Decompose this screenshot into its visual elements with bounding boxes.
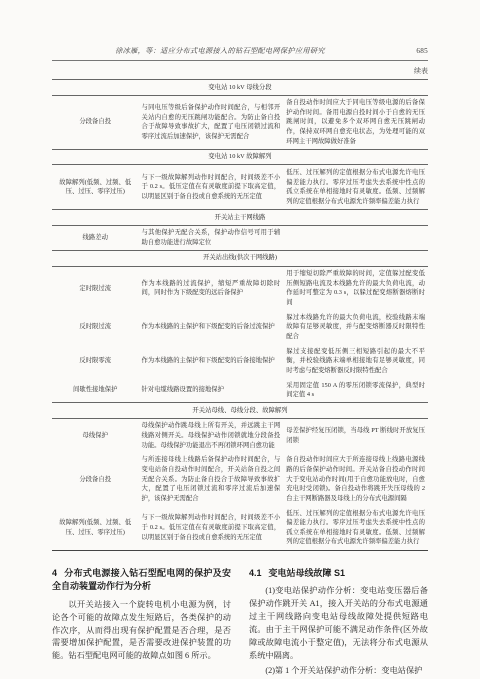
table-cell-coord: 母线保护动作跳母线上所有开关，并远跳主干网线路对侧开关。母线保护动作闭锁就地分段… — [138, 418, 283, 452]
table-cell-label: 反时限过流 — [52, 310, 138, 344]
table-row: 反时限过流作为本线路的主保护和下级配变的后备过流保护躲过本线路允许的最大负荷电流… — [52, 310, 428, 344]
table-cell-setting: 备自投动作时间应大于同电压等级电源的后备保护动作时间。备用电源自投时间小于自愈的… — [283, 95, 428, 149]
table-cell-label: 间歇性接地保护 — [52, 378, 138, 403]
table-cell-setting — [283, 225, 428, 250]
table-cell-setting: 躲过支接配变低压侧三相短路引起的最大不平衡，并校验线路末端单相接地有足够灵敏度，… — [283, 344, 428, 378]
table-cell-label: 定时限过流 — [52, 266, 138, 310]
table-section-header-row: 开关站主干网线路 — [52, 210, 428, 226]
table-section-header: 开关站主干网线路 — [52, 210, 428, 226]
right-column: 4.1变电站母线故障 S1 (1)变电站保护动作分析：变电站变压器后备保护动作跳… — [249, 567, 428, 679]
table-section-header: 开关站母线、母线分段、故障解列 — [52, 403, 428, 419]
two-column-text: 4分布式电源接入钻石型配电网的保护及安全自动装置动作行为分析 以开关站接入一个旋… — [52, 567, 428, 679]
running-head: 徐冰雁，等：适应分布式电源接入的钻石型配电网保护应用研究 685 — [52, 46, 428, 60]
header-rule — [52, 60, 428, 61]
table-section-header: 变电站 10 kV 故障解列 — [52, 149, 428, 165]
continued-table-label: 续表 — [52, 64, 428, 79]
page-number: 685 — [388, 47, 428, 55]
table-cell-label: 故障解列(低频、过频、低压、过压、零序过压) — [52, 506, 138, 550]
table-section-header: 开关站出线(供次干网线路) — [52, 250, 428, 266]
table-row: 定时限过流作为本线路的过流保护，缩短严重故障切除时间，同时作为下级配变的远后备保… — [52, 266, 428, 310]
table-cell-coord: 与同电压等级后备保护动作时间配合，与相邻开关站内自愈的无压跳闸功能配合。为防止备… — [138, 95, 283, 149]
running-head-title: 徐冰雁，等：适应分布式电源接入的钻石型配电网保护应用研究 — [52, 46, 388, 56]
table-cell-setting: 躲过本线路允许的最大负荷电流，校验线路末端故障有足够灵敏度，并与配变熔断器反时限… — [283, 310, 428, 344]
table-cell-label: 分段备自投 — [52, 453, 138, 506]
table-cell-label: 反时限零流 — [52, 344, 138, 378]
section-4-number: 4 — [52, 568, 57, 578]
table-section-header-row: 变电站 10 kV 故障解列 — [52, 149, 428, 165]
table-cell-label: 故障解列(低频、过频、低压、过压、零序过压) — [52, 165, 138, 210]
table-cell-setting: 低压、过压解列的定值根据分布式电源允许电压偏差能力执行。零序过压考虑失去系统中性… — [283, 506, 428, 550]
table-cell-setting: 低压、过压解列的定值根据分布式电源允许电压偏差能力执行。零序过压考虑失去系统中性… — [283, 165, 428, 210]
table-cell-label: 线路差动 — [52, 225, 138, 250]
table-section-header-row: 开关站出线(供次干网线路) — [52, 250, 428, 266]
table-cell-coord: 作为本线路的主保护和下级配变的后备接地保护 — [138, 344, 283, 378]
table-section-header-row: 开关站母线、母线分段、故障解列 — [52, 403, 428, 419]
table-cell-coord: 与所连接母线上线路后备保护动作时间配合，与变电站备自投动作时间配合，开关站备自投… — [138, 453, 283, 506]
section-4-title: 分布式电源接入钻石型配电网的保护及安全自动装置动作行为分析 — [52, 568, 231, 592]
section-4-1-title: 变电站母线故障 S1 — [269, 568, 346, 578]
table-row: 线路差动与其他保护无配合关系，保护动作信号可用于辅助自愈功能进行故障定位 — [52, 225, 428, 250]
section-4-paragraph: 以开关站接入一个旋转电机小电源为例，讨论各个可能的故障点发生短路后，各类保护的动… — [52, 599, 231, 664]
table-row: 母线保护母线保护动作跳母线上所有开关，并远跳主干网线路对侧开关。母线保护动作闭锁… — [52, 418, 428, 452]
protection-table-body: 变电站 10 kV 母线分段分段备自投与同电压等级后备保护动作时间配合，与相邻开… — [52, 80, 428, 551]
table-cell-setting: 采用固定值 150 A 的零压闭锁零流保护，典型时间定值 4 s — [283, 378, 428, 403]
table-cell-setting: 备自投动作时间应大于所连接母线上线路电源线路的后备保护动作时间。开关站备自投动作… — [283, 453, 428, 506]
table-row: 故障解列(低频、过频、低压、过压、零序过压)与下一级故障解列动作时间配合，时间级… — [52, 165, 428, 210]
section-4-1-heading: 4.1变电站母线故障 S1 — [249, 567, 428, 581]
body-paragraph: (2)第 1 个开关站保护动作分析：变电站保护 — [249, 665, 428, 678]
table-row: 间歇性接地保护针对电缆线路设置的接地保护采用固定值 150 A 的零压闭锁零流保… — [52, 378, 428, 403]
paper-page: 徐冰雁，等：适应分布式电源接入的钻石型配电网保护应用研究 685 续表 变电站 … — [0, 0, 480, 679]
section-4-1-paragraphs: (1)变电站保护动作分析：变电站变压器后备保护动作跳开关 A1，接入开关站的分布… — [249, 585, 428, 678]
table-cell-setting: 母差保护经复压闭锁，当母线 PT 断线时开放复压闭锁 — [283, 418, 428, 452]
table-row: 分段备自投与所连接母线上线路后备保护动作时间配合，与变电站备自投动作时间配合，开… — [52, 453, 428, 506]
table-cell-setting: 用于缩短切除严重故障的时间，定值躲过配变低压侧短路电流及本线路允许的最大负荷电流… — [283, 266, 428, 310]
table-cell-label: 分段备自投 — [52, 95, 138, 149]
body-paragraph: (1)变电站保护动作分析：变电站变压器后备保护动作跳开关 A1，接入开关站的分布… — [249, 585, 428, 663]
table-section-header-row: 变电站 10 kV 母线分段 — [52, 80, 428, 96]
table-cell-coord: 与其他保护无配合关系，保护动作信号可用于辅助自愈功能进行故障定位 — [138, 225, 283, 250]
protection-config-table: 变电站 10 kV 母线分段分段备自投与同电压等级后备保护动作时间配合，与相邻开… — [52, 79, 428, 551]
section-4-heading: 4分布式电源接入钻石型配电网的保护及安全自动装置动作行为分析 — [52, 567, 231, 594]
table-cell-coord: 作为本线路的主保护和下级配变的后备过流保护 — [138, 310, 283, 344]
table-cell-label: 母线保护 — [52, 418, 138, 452]
table-row: 故障解列(低频、过频、低压、过压、零序过压)与下一级故障解列动作时间配合，时间级… — [52, 506, 428, 550]
table-cell-coord: 与下一级故障解列动作时间配合，时间级差不小于 0.2 s。低压定值在有灵敏度前提… — [138, 165, 283, 210]
left-column: 4分布式电源接入钻石型配电网的保护及安全自动装置动作行为分析 以开关站接入一个旋… — [52, 567, 231, 679]
section-4-1-number: 4.1 — [249, 568, 262, 578]
table-cell-coord: 作为本线路的过流保护，缩短严重故障切除时间，同时作为下级配变的远后备保护 — [138, 266, 283, 310]
table-row: 分段备自投与同电压等级后备保护动作时间配合，与相邻开关站内自愈的无压跳闸功能配合… — [52, 95, 428, 149]
table-cell-coord: 与下一级故障解列动作时间配合，时间级差不小于 0.2 s。低压定值在有灵敏度前提… — [138, 506, 283, 550]
table-row: 反时限零流作为本线路的主保护和下级配变的后备接地保护躲过支接配变低压侧三相短路引… — [52, 344, 428, 378]
table-cell-coord: 针对电缆线路设置的接地保护 — [138, 378, 283, 403]
table-section-header: 变电站 10 kV 母线分段 — [52, 80, 428, 96]
